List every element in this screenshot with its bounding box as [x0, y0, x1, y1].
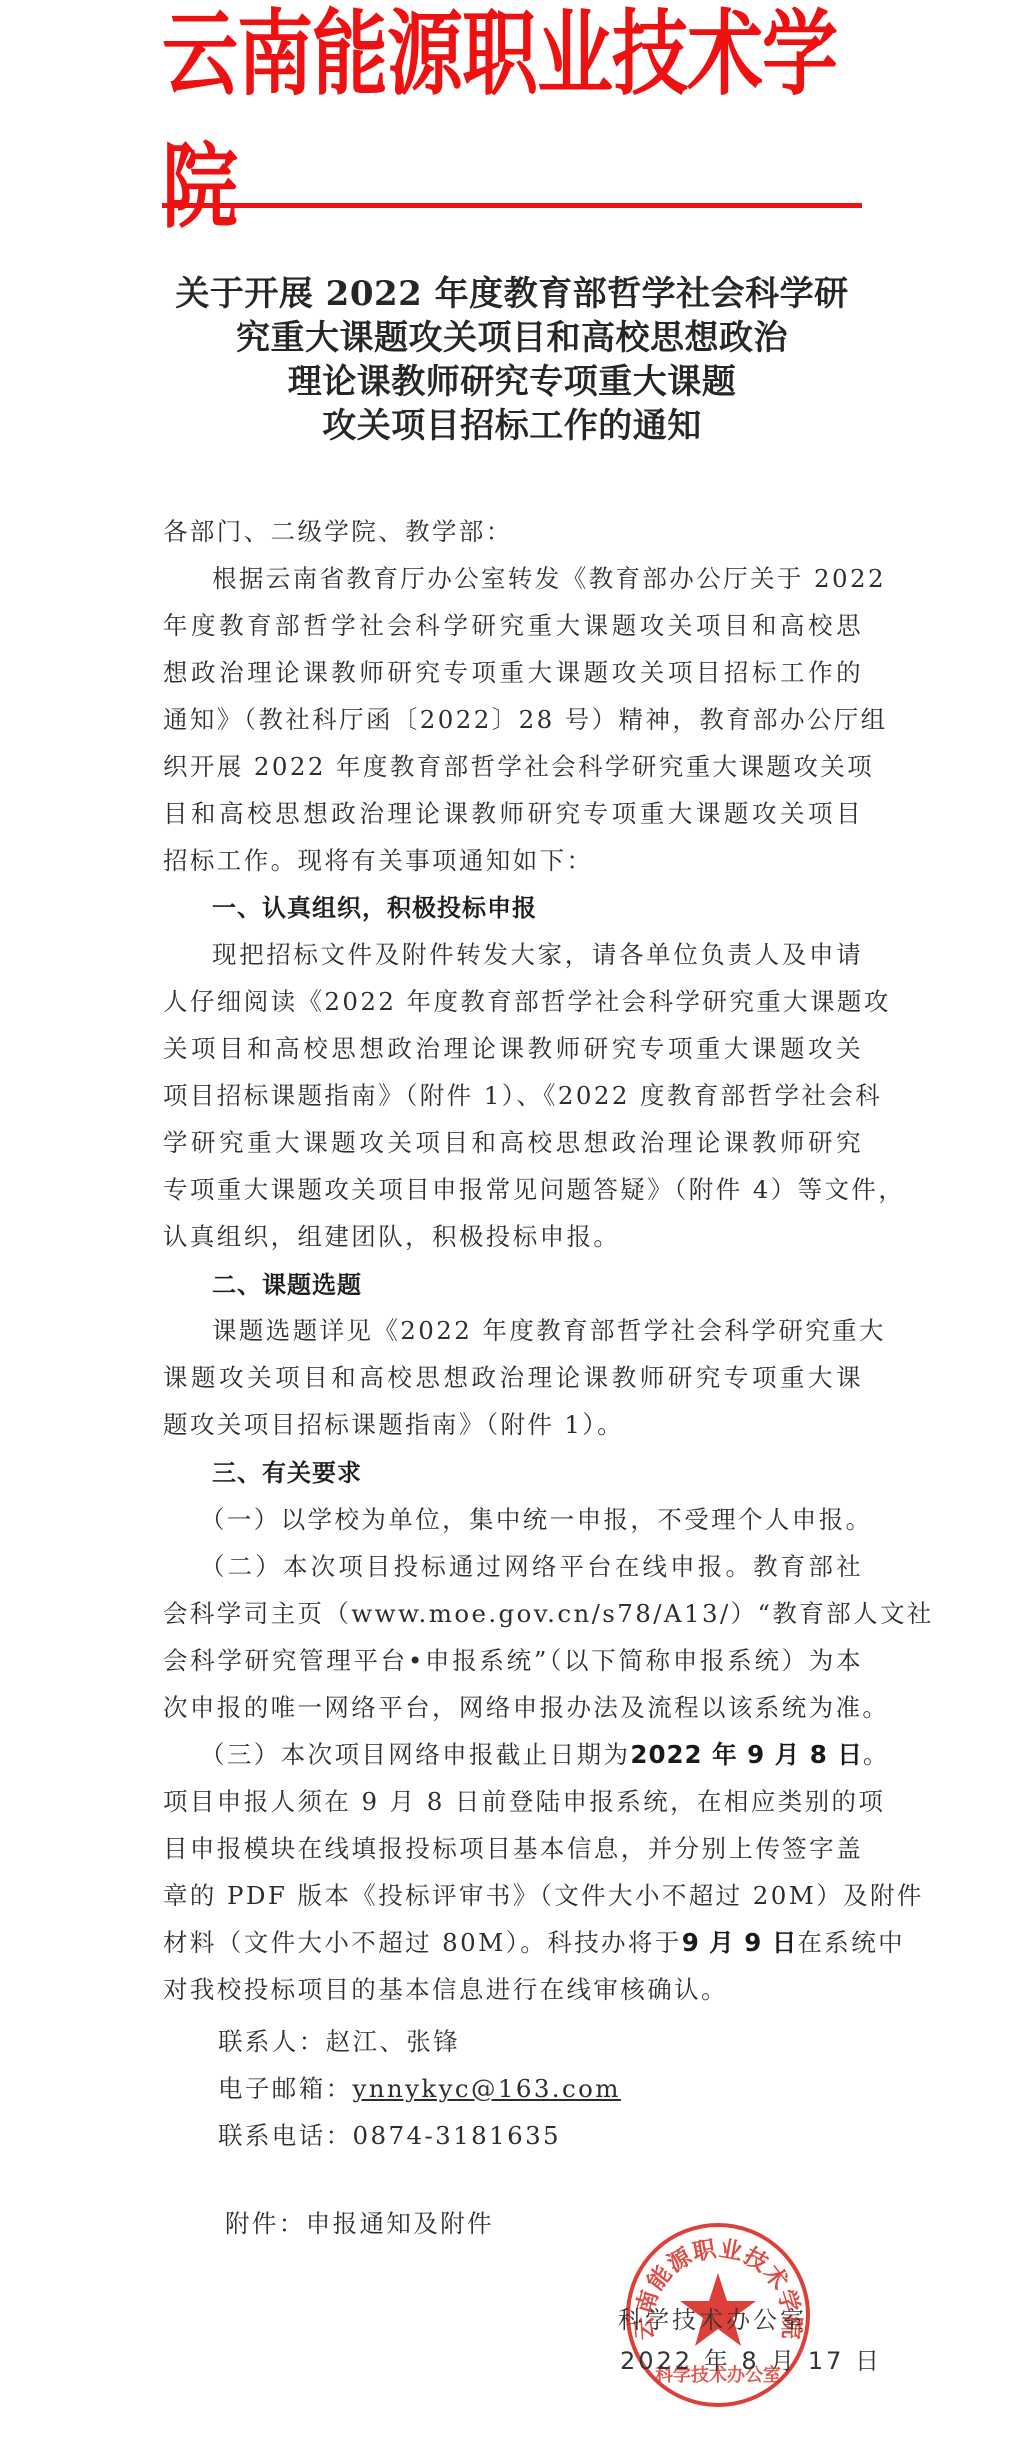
attachment-line: 附件：申报通知及附件 — [225, 2205, 925, 2240]
intro-line: 年度教育部哲学社会科学研究重大课题攻关项目和高校思 — [163, 607, 863, 642]
requirement-item-2-line: 会科学司主页（www.moe.gov.cn/s78/A13/）“教育部人文社 — [163, 1595, 863, 1630]
title-line-4: 攻关项目招标工作的通知 — [150, 398, 874, 447]
item3-l5-suffix: 在系统中 — [797, 1928, 905, 1957]
section1-line: 认真组织，组建团队，积极投标申报。 — [163, 1218, 863, 1253]
signature-date: 2022 年 8 月 17 日 — [620, 2341, 882, 2376]
email-link[interactable]: ynnykyc@163.com — [353, 2074, 621, 2103]
section-heading-3: 三、有关要求 — [212, 1453, 362, 1488]
requirement-item-3-line: 章的 PDF 版本《投标评审书》（文件大小不超过 20M）及附件 — [163, 1877, 863, 1912]
requirement-item-2-line: 会科学研究管理平台•申报系统”（以下简称申报系统）为本 — [163, 1642, 863, 1677]
section1-line: 专项重大课题攻关项目申报常见问题答疑》（附件 4）等文件， — [163, 1171, 863, 1206]
contact-email-label: 电子邮箱： — [218, 2074, 353, 2103]
title-line-1: 关于开展 2022 年度教育部哲学社会科学研 — [150, 266, 874, 315]
section2-line: 课题攻关项目和高校思想政治理论课教师研究专项重大课 — [163, 1359, 863, 1394]
intro-line: 招标工作。现将有关事项通知如下： — [163, 842, 863, 877]
requirement-item-3-line: 对我校投标项目的基本信息进行在线审核确认。 — [163, 1971, 863, 2006]
contact-person-label: 联系人： — [218, 2027, 326, 2056]
intro-line: 织开展 2022 年度教育部哲学社会科学研究重大课题攻关项 — [163, 748, 863, 783]
signature-office: 科学技术办公室 — [618, 2300, 807, 2335]
contact-phone: 联系电话：0874-3181635 — [218, 2117, 918, 2152]
requirement-item-3-line: 目申报模块在线填报投标项目基本信息，并分别上传签字盖 — [163, 1830, 863, 1865]
section1-line: 项目招标课题指南》（附件 1）、《2022 度教育部哲学社会科 — [163, 1077, 863, 1112]
intro-line: 通知》（教社科厅函〔2022〕28 号）精神，教育部办公厅组 — [163, 701, 863, 736]
requirement-item-2-line: （二）本次项目投标通过网络平台在线申报。教育部社 — [200, 1548, 863, 1583]
section-heading-2: 二、课题选题 — [212, 1265, 362, 1300]
attachment-value: 申报通知及附件 — [306, 2209, 494, 2238]
red-divider — [162, 203, 862, 208]
intro-line: 想政治理论课教师研究专项重大课题攻关项目招标工作的 — [163, 654, 863, 689]
attachment-label: 附件： — [225, 2209, 306, 2238]
contact-phone-value: 0874-3181635 — [353, 2121, 562, 2150]
contact-person: 联系人：赵江、张锋 — [218, 2023, 918, 2058]
item3-l5-prefix: 材料（文件大小不超过 80M）。科技办将于 — [163, 1928, 682, 1957]
salutation: 各部门、二级学院、教学部： — [163, 513, 863, 548]
item3-suffix: 。 — [863, 1740, 890, 1769]
requirement-item-3-line: （三）本次项目网络申报截止日期为2022 年 9 月 8 日。 — [200, 1736, 863, 1771]
requirement-item-2-line: 次申报的唯一网络平台，网络申报办法及流程以该系统为准。 — [163, 1689, 863, 1724]
review-date: 9 月 9 日 — [682, 1928, 798, 1957]
section1-line: 关项目和高校思想政治理论课教师研究专项重大课题攻关 — [163, 1030, 863, 1065]
title-line-3: 理论课教师研究专项重大课题 — [150, 354, 874, 403]
intro-line: 根据云南省教育厅办公室转发《教育部办公厅关于 2022 — [212, 560, 863, 595]
contact-person-value: 赵江、张锋 — [326, 2027, 461, 2056]
section2-line: 课题选题详见《2022 年度教育部哲学社会科学研究重大 — [212, 1312, 863, 1347]
contact-email: 电子邮箱：ynnykyc@163.com — [218, 2070, 918, 2105]
title-line-2: 究重大课题攻关项目和高校思想政治 — [150, 310, 874, 359]
item3-prefix: （三）本次项目网络申报截止日期为 — [200, 1740, 630, 1769]
section-heading-1: 一、认真组织，积极投标申报 — [212, 888, 537, 923]
section2-line: 题攻关项目招标课题指南》（附件 1）。 — [163, 1406, 863, 1441]
requirement-item-3-line: 项目申报人须在 9 月 8 日前登陆申报系统，在相应类别的项 — [163, 1783, 863, 1818]
requirement-item-3-line: 材料（文件大小不超过 80M）。科技办将于9 月 9 日在系统中 — [163, 1924, 863, 1959]
deadline-date: 2022 年 9 月 8 日 — [630, 1740, 862, 1769]
section1-line: 学研究重大课题攻关项目和高校思想政治理论课教师研究 — [163, 1124, 863, 1159]
intro-line: 目和高校思想政治理论课教师研究专项重大课题攻关项目 — [163, 795, 863, 830]
section1-line: 现把招标文件及附件转发大家，请各单位负责人及申请 — [212, 936, 863, 971]
institution-masthead: 云南能源职业技术学院 — [162, 46, 862, 180]
section1-line: 人仔细阅读《2022 年度教育部哲学社会科学研究重大课题攻 — [163, 983, 863, 1018]
requirement-item-1: （一）以学校为单位，集中统一申报，不受理个人申报。 — [200, 1501, 863, 1536]
contact-phone-label: 联系电话： — [218, 2121, 353, 2150]
